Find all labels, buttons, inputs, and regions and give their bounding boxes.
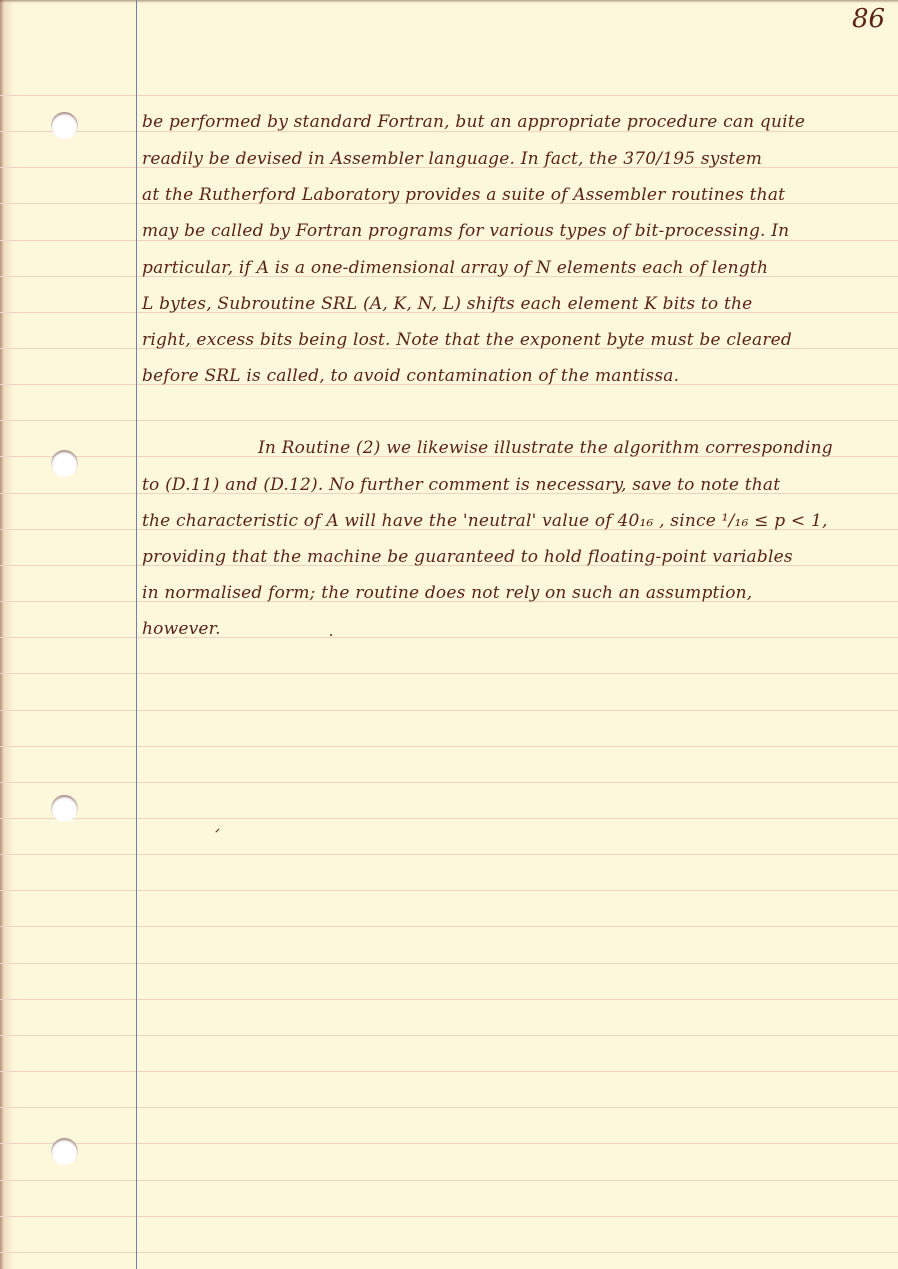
notebook-page: 86 be performed by standard Fortran, but… (0, 0, 898, 1269)
ruled-line (0, 1143, 898, 1144)
ruled-line (0, 963, 898, 964)
ruled-line (0, 1107, 898, 1108)
ruled-line (0, 782, 898, 783)
ruled-line (0, 854, 898, 855)
text-line: at the Rutherford Laboratory provides a … (142, 185, 785, 205)
text-line: readily be devised in Assembler language… (142, 149, 762, 169)
text-line: in normalised form; the routine does not… (142, 583, 752, 603)
margin-line (136, 0, 137, 1269)
ruled-line (0, 420, 898, 421)
text-line: may be called by Fortran programs for va… (142, 221, 789, 241)
ink-mark (215, 828, 219, 832)
text-line: L bytes, Subroutine SRL (A, K, N, L) shi… (142, 294, 752, 314)
ruled-line (0, 818, 898, 819)
ruled-line (0, 926, 898, 927)
text-line: to (D.11) and (D.12). No further comment… (142, 475, 780, 495)
punch-hole-1 (51, 112, 78, 139)
ruled-line (0, 1252, 898, 1253)
text-line: however. (142, 619, 221, 639)
ruled-line (0, 890, 898, 891)
punch-hole-4 (51, 1138, 78, 1165)
text-line: the characteristic of A will have the 'n… (142, 511, 828, 531)
text-line: In Routine (2) we likewise illustrate th… (258, 438, 833, 458)
ruled-line (0, 637, 898, 638)
punch-hole-2 (51, 450, 78, 477)
page-number: 86 (852, 4, 885, 34)
ruled-line (0, 1071, 898, 1072)
text-line: right, excess bits being lost. Note that… (142, 330, 792, 350)
text-line: be performed by standard Fortran, but an… (142, 112, 805, 132)
ruled-line (0, 746, 898, 747)
text-line: before SRL is called, to avoid contamina… (142, 366, 679, 386)
ruled-line (0, 1216, 898, 1217)
ruled-line (0, 1180, 898, 1181)
ruled-line (0, 95, 898, 96)
ruled-line (0, 999, 898, 1000)
ruled-line (0, 1035, 898, 1036)
ruled-line (0, 673, 898, 674)
ruled-line (0, 710, 898, 711)
text-line: particular, if A is a one-dimensional ar… (142, 258, 768, 278)
text-line: providing that the machine be guaranteed… (142, 547, 793, 567)
ink-dot (330, 634, 332, 636)
punch-hole-3 (51, 795, 78, 822)
